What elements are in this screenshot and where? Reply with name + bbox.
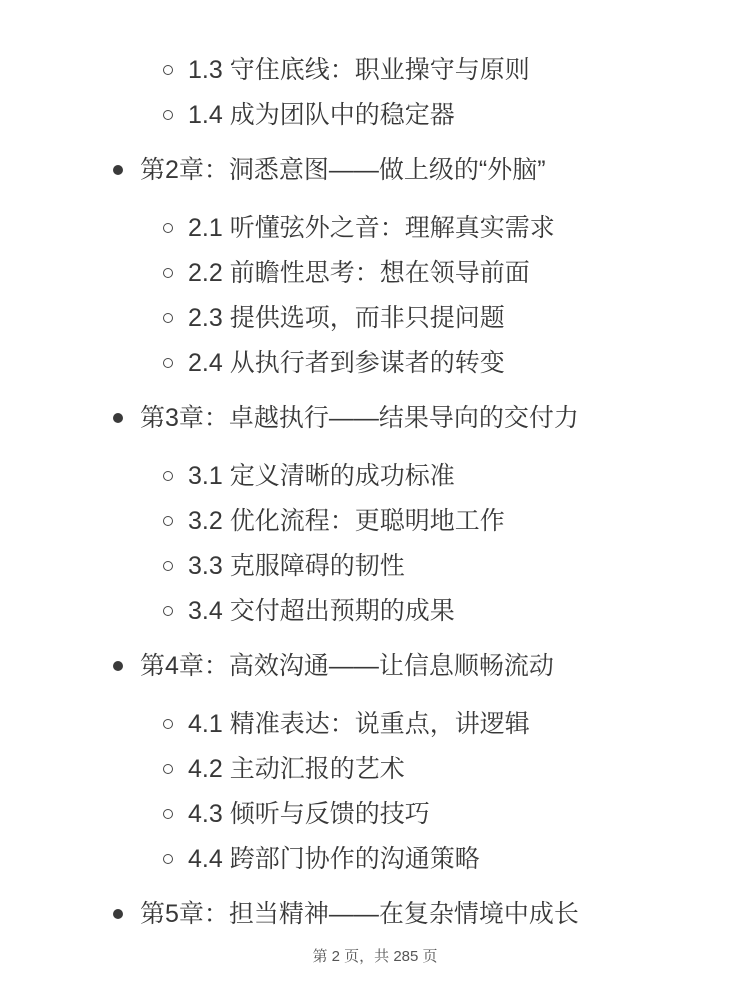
toc-section-continuation: 1.3 守住底线：职业操守与原则 1.4 成为团队中的稳定器 bbox=[140, 53, 750, 132]
toc-item: 2.3 提供选项，而非只提问题 bbox=[188, 301, 750, 335]
toc-item-label: 1.4 成为团队中的稳定器 bbox=[188, 101, 455, 129]
circle-bullet-icon bbox=[163, 854, 173, 864]
chapter-title-label: 第4章：高效沟通——让信息顺畅流动 bbox=[140, 652, 554, 680]
disc-bullet-icon bbox=[113, 909, 123, 919]
toc-sublist-ch1: 1.3 守住底线：职业操守与原则 1.4 成为团队中的稳定器 bbox=[140, 53, 750, 132]
chapter-title-label: 第3章：卓越执行——结果导向的交付力 bbox=[140, 404, 579, 432]
toc-item: 1.3 守住底线：职业操守与原则 bbox=[188, 53, 750, 87]
toc-item-label: 1.3 守住底线：职业操守与原则 bbox=[188, 56, 530, 84]
toc-item-label: 2.2 前瞻性思考：想在领导前面 bbox=[188, 259, 530, 287]
circle-bullet-icon bbox=[163, 223, 173, 233]
disc-bullet-icon bbox=[113, 661, 123, 671]
toc-item: 2.1 听懂弦外之音：理解真实需求 bbox=[188, 211, 750, 245]
circle-bullet-icon bbox=[163, 471, 173, 481]
toc-item-label: 4.2 主动汇报的艺术 bbox=[188, 755, 405, 783]
toc-item-label: 3.1 定义清晰的成功标准 bbox=[188, 462, 455, 490]
chapter-title-label: 第5章：担当精神——在复杂情境中成长 bbox=[140, 900, 579, 928]
circle-bullet-icon bbox=[163, 358, 173, 368]
circle-bullet-icon bbox=[163, 110, 173, 120]
toc-item: 3.1 定义清晰的成功标准 bbox=[188, 459, 750, 493]
circle-bullet-icon bbox=[163, 561, 173, 571]
toc-item-label: 2.4 从执行者到参谋者的转变 bbox=[188, 349, 505, 377]
toc-section-ch5: 第5章：担当精神——在复杂情境中成长 bbox=[140, 897, 750, 931]
toc-section-ch4: 第4章：高效沟通——让信息顺畅流动 4.1 精准表达：说重点，讲逻辑 4.2 主… bbox=[140, 649, 750, 876]
circle-bullet-icon bbox=[163, 313, 173, 323]
toc-item: 3.3 克服障碍的韧性 bbox=[188, 549, 750, 583]
toc-item: 3.4 交付超出预期的成果 bbox=[188, 594, 750, 628]
toc-item: 2.4 从执行者到参谋者的转变 bbox=[188, 346, 750, 380]
document-page: 1.3 守住底线：职业操守与原则 1.4 成为团队中的稳定器 第2章：洞悉意图—… bbox=[0, 0, 750, 1000]
chapter-title: 第3章：卓越执行——结果导向的交付力 bbox=[140, 401, 750, 435]
toc-item: 4.2 主动汇报的艺术 bbox=[188, 752, 750, 786]
chapter-title: 第2章：洞悉意图——做上级的“外脑” bbox=[140, 153, 750, 187]
disc-bullet-icon bbox=[113, 413, 123, 423]
circle-bullet-icon bbox=[163, 516, 173, 526]
toc-item-label: 4.4 跨部门协作的沟通策略 bbox=[188, 845, 480, 873]
toc-item: 4.1 精准表达：说重点，讲逻辑 bbox=[188, 707, 750, 741]
toc-section-ch3: 第3章：卓越执行——结果导向的交付力 3.1 定义清晰的成功标准 3.2 优化流… bbox=[140, 401, 750, 628]
toc-sublist-ch2: 2.1 听懂弦外之音：理解真实需求 2.2 前瞻性思考：想在领导前面 2.3 提… bbox=[140, 211, 750, 380]
toc-item-label: 4.3 倾听与反馈的技巧 bbox=[188, 800, 430, 828]
circle-bullet-icon bbox=[163, 764, 173, 774]
page-number-footer: 第 2 页，共 285 页 bbox=[0, 946, 750, 968]
toc-sublist-ch3: 3.1 定义清晰的成功标准 3.2 优化流程：更聪明地工作 3.3 克服障碍的韧… bbox=[140, 459, 750, 628]
toc-item-label: 3.4 交付超出预期的成果 bbox=[188, 597, 455, 625]
toc-item: 4.3 倾听与反馈的技巧 bbox=[188, 797, 750, 831]
chapter-title: 第4章：高效沟通——让信息顺畅流动 bbox=[140, 649, 750, 683]
toc-item-label: 4.1 精准表达：说重点，讲逻辑 bbox=[188, 710, 530, 738]
chapter-title: 第5章：担当精神——在复杂情境中成长 bbox=[140, 897, 750, 931]
chapter-title-label: 第2章：洞悉意图——做上级的“外脑” bbox=[140, 156, 546, 184]
toc-item-label: 2.1 听懂弦外之音：理解真实需求 bbox=[188, 214, 555, 242]
toc-item: 2.2 前瞻性思考：想在领导前面 bbox=[188, 256, 750, 290]
circle-bullet-icon bbox=[163, 268, 173, 278]
disc-bullet-icon bbox=[113, 165, 123, 175]
circle-bullet-icon bbox=[163, 65, 173, 75]
toc-item: 1.4 成为团队中的稳定器 bbox=[188, 98, 750, 132]
toc-item: 3.2 优化流程：更聪明地工作 bbox=[188, 504, 750, 538]
toc-item-label: 2.3 提供选项，而非只提问题 bbox=[188, 304, 505, 332]
circle-bullet-icon bbox=[163, 809, 173, 819]
toc-item-label: 3.2 优化流程：更聪明地工作 bbox=[188, 507, 505, 535]
circle-bullet-icon bbox=[163, 719, 173, 729]
toc-section-ch2: 第2章：洞悉意图——做上级的“外脑” 2.1 听懂弦外之音：理解真实需求 2.2… bbox=[140, 153, 750, 380]
circle-bullet-icon bbox=[163, 606, 173, 616]
table-of-contents: 1.3 守住底线：职业操守与原则 1.4 成为团队中的稳定器 第2章：洞悉意图—… bbox=[0, 0, 750, 931]
toc-item-label: 3.3 克服障碍的韧性 bbox=[188, 552, 405, 580]
toc-item: 4.4 跨部门协作的沟通策略 bbox=[188, 842, 750, 876]
toc-sublist-ch4: 4.1 精准表达：说重点，讲逻辑 4.2 主动汇报的艺术 4.3 倾听与反馈的技… bbox=[140, 707, 750, 876]
